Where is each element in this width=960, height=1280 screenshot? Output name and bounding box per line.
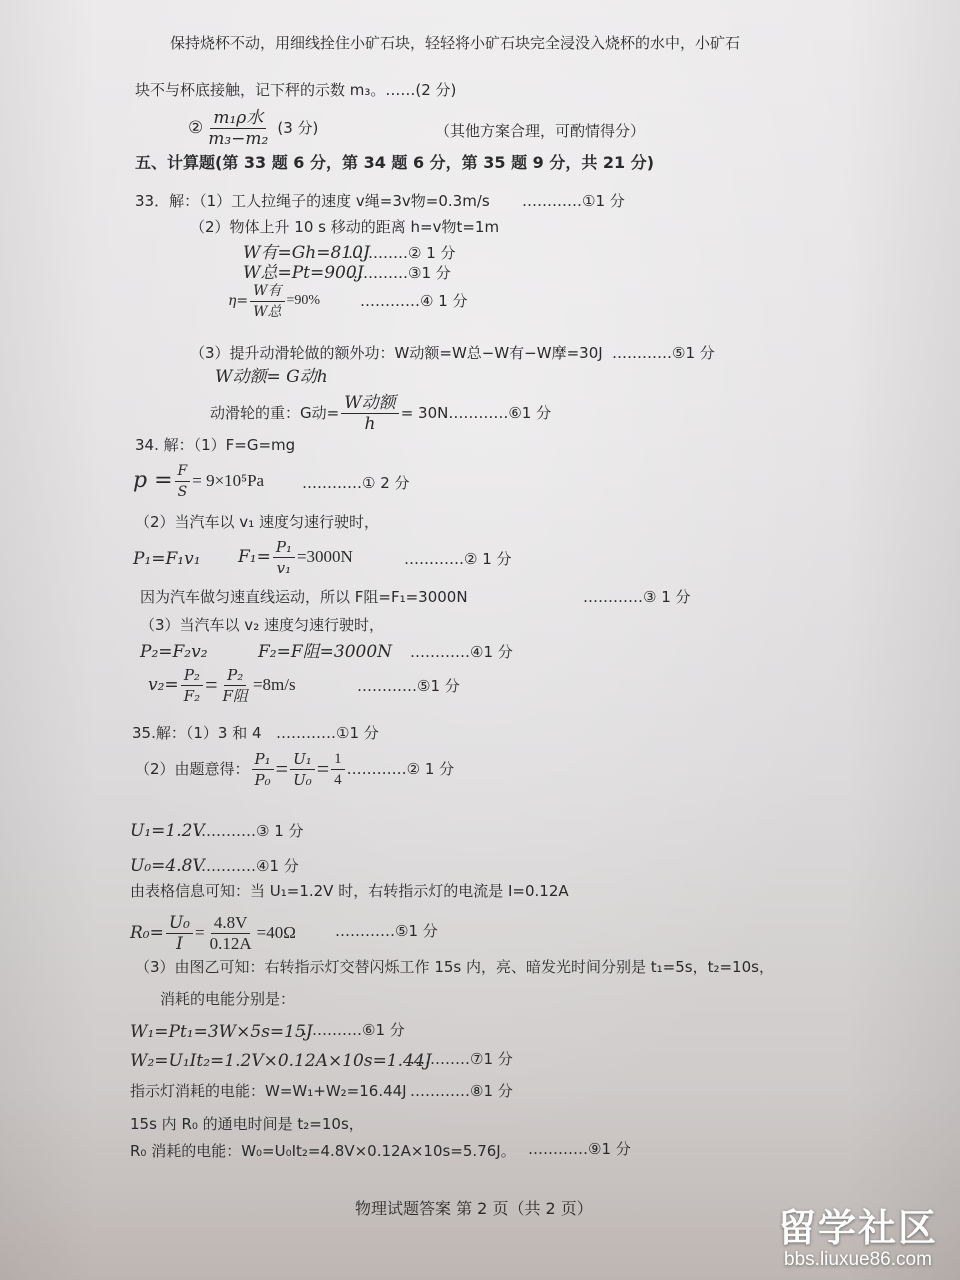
fraction: P₂ F阻: [220, 665, 251, 706]
fraction: P₁ P₀: [252, 749, 274, 790]
q35-resistance: R₀= U₀ I = 4.8V 0.12A =40Ω: [130, 908, 296, 958]
q35-line-13: R₀ 消耗的电能：W₀=U₀It₂=4.8V×0.12A×10s=5.76J。: [130, 1140, 516, 1162]
q34-line-3: （2）当汽车以 v₁ 速度匀速行驶时，: [135, 511, 379, 533]
intro-formula: ② m₁ρ水 m₃−m₂ (3 分): [188, 103, 318, 153]
q34-score-2: …………① 2 分: [302, 472, 410, 494]
q35-score-9: …………⑥1 分: [302, 1019, 405, 1041]
q35-line-12: 15s 内 R₀ 的通电时间是 t₂=10s，: [130, 1113, 364, 1135]
intro-line-2: 块不与杯底接触，记下秤的示数 m₃。……(2 分): [135, 79, 456, 101]
fraction: U₁ U₀: [290, 749, 315, 790]
q35-score-1: …………①1 分: [276, 722, 379, 744]
watermark-title: 留学社区: [778, 1207, 938, 1249]
q35-line-8: 消耗的电能分别是：: [160, 988, 295, 1010]
circled-number: ②: [188, 117, 203, 139]
q33-score-4: …………③1 分: [348, 262, 451, 284]
fraction: P₂ F₂: [181, 665, 203, 706]
q35-score-13: …………⑨1 分: [528, 1138, 631, 1160]
fraction: P₁ v₁: [273, 537, 295, 578]
q33-pulley-weight: 动滑轮的重：G动= W动额 h = 30N …………⑥1 分: [210, 390, 551, 436]
q34-velocity-2: v₂= P₂ F₂ = P₂ F阻 =8m/s: [148, 662, 296, 708]
q35-score-3: …………③ 1 分: [196, 820, 304, 842]
q35-line-4: U₀=4.8V: [130, 855, 205, 877]
q34-line-7b: F₂=F阻=3000N: [258, 641, 392, 663]
q34-score-5: …………③ 1 分: [583, 586, 691, 608]
q34-line-6: （3）当汽车以 v₂ 速度匀速行驶时，: [140, 614, 384, 636]
fraction: F S: [175, 461, 191, 502]
fraction: 1 4: [331, 749, 345, 790]
q35-score-10: …………⑦1 分: [410, 1048, 513, 1070]
q33-efficiency: η= W有 W总 =90%: [228, 280, 320, 322]
watermark-url: bbs.liuxue86.com: [778, 1249, 938, 1271]
q35-line-10: W₂=U₁It₂=1.2V×0.12A×10s=1.44J: [130, 1050, 431, 1072]
q34-score-7: …………④1 分: [410, 641, 513, 663]
intro-note: （其他方案合理，可酌情得分）: [435, 120, 645, 142]
q34-line-1: 34. 解：（1）F=G=mg: [135, 434, 295, 456]
q35-line-11: 指示灯消耗的电能：W=W₁+W₂=16.44J: [130, 1080, 407, 1102]
q35-score-6: …………⑤1 分: [335, 920, 438, 942]
q34-force-1: F₁= P₁ v₁ =3000N: [238, 534, 353, 580]
q34-score-4: …………② 1 分: [404, 548, 512, 570]
fraction: U₀ I: [166, 913, 193, 954]
q35-line-7: （3）由图乙可知：右转指示灯交替闪烁工作 15s 内，亮、暗发光时间分别是 t₁…: [135, 956, 774, 978]
intro-line-1: 保持烧杯不动，用细线拴住小矿石块，轻轻将小矿石块完全浸没入烧杯的水中，小矿石: [170, 32, 740, 54]
q35-score-4: …………④1 分: [196, 855, 299, 877]
section-title: 五、计算题(第 33 题 6 分，第 34 题 6 分，第 35 题 9 分，共…: [135, 152, 654, 174]
q33-line-6: （3）提升动滑轮做的额外功：W动额=W总−W有−W摩=30J: [190, 342, 603, 364]
q35-score-11: …………⑧1 分: [410, 1080, 513, 1102]
q33-score-1: …………①1 分: [522, 190, 625, 212]
q33-line-7: W动额= G动h: [215, 366, 328, 388]
q34-pressure: p = F S = 9×10⁵Pa: [133, 458, 264, 504]
q33-score-6: …………⑤1 分: [612, 342, 715, 364]
q34-line-7a: P₂=F₂v₂: [140, 641, 208, 663]
fraction: 4.8V 0.12A: [207, 913, 255, 954]
q35-ratio: （2）由题意得： P₁ P₀ = U₁ U₀ = 1 4 …………② 1 分: [135, 744, 454, 794]
page-footer: 物理试题答案 第 2 页（共 2 页）: [355, 1196, 593, 1219]
fraction: m₁ρ水 m₃−m₂: [205, 108, 271, 149]
q33-score-3: …………② 1 分: [348, 242, 456, 264]
q35-line-1: 35.解：（1）3 和 4: [132, 722, 262, 744]
q35-line-9: W₁=Pt₁=3W×5s=15J: [130, 1021, 313, 1043]
fraction: W动额 h: [341, 393, 398, 434]
q34-line-4a: P₁=F₁v₁: [133, 548, 201, 570]
q33-line-1: 33．解：（1）工人拉绳子的速度 v绳=3v物=0.3m/s: [135, 190, 490, 212]
watermark-logo: 留学社区 bbs.liuxue86.com: [778, 1207, 938, 1271]
q33-score-5: …………④ 1 分: [360, 290, 468, 312]
q33-line-2: （2）物体上升 10 s 移动的距离 h=v物t=1m: [190, 216, 499, 238]
q35-line-5: 由表格信息可知：当 U₁=1.2V 时，右转指示灯的电流是 I=0.12A: [130, 880, 569, 902]
q34-score-8: …………⑤1 分: [357, 675, 460, 697]
fraction: W有 W总: [250, 281, 284, 322]
q34-line-5: 因为汽车做匀速直线运动，所以 F阻=F₁=3000N: [140, 586, 468, 608]
q35-line-3: U₁=1.2V: [130, 820, 205, 842]
